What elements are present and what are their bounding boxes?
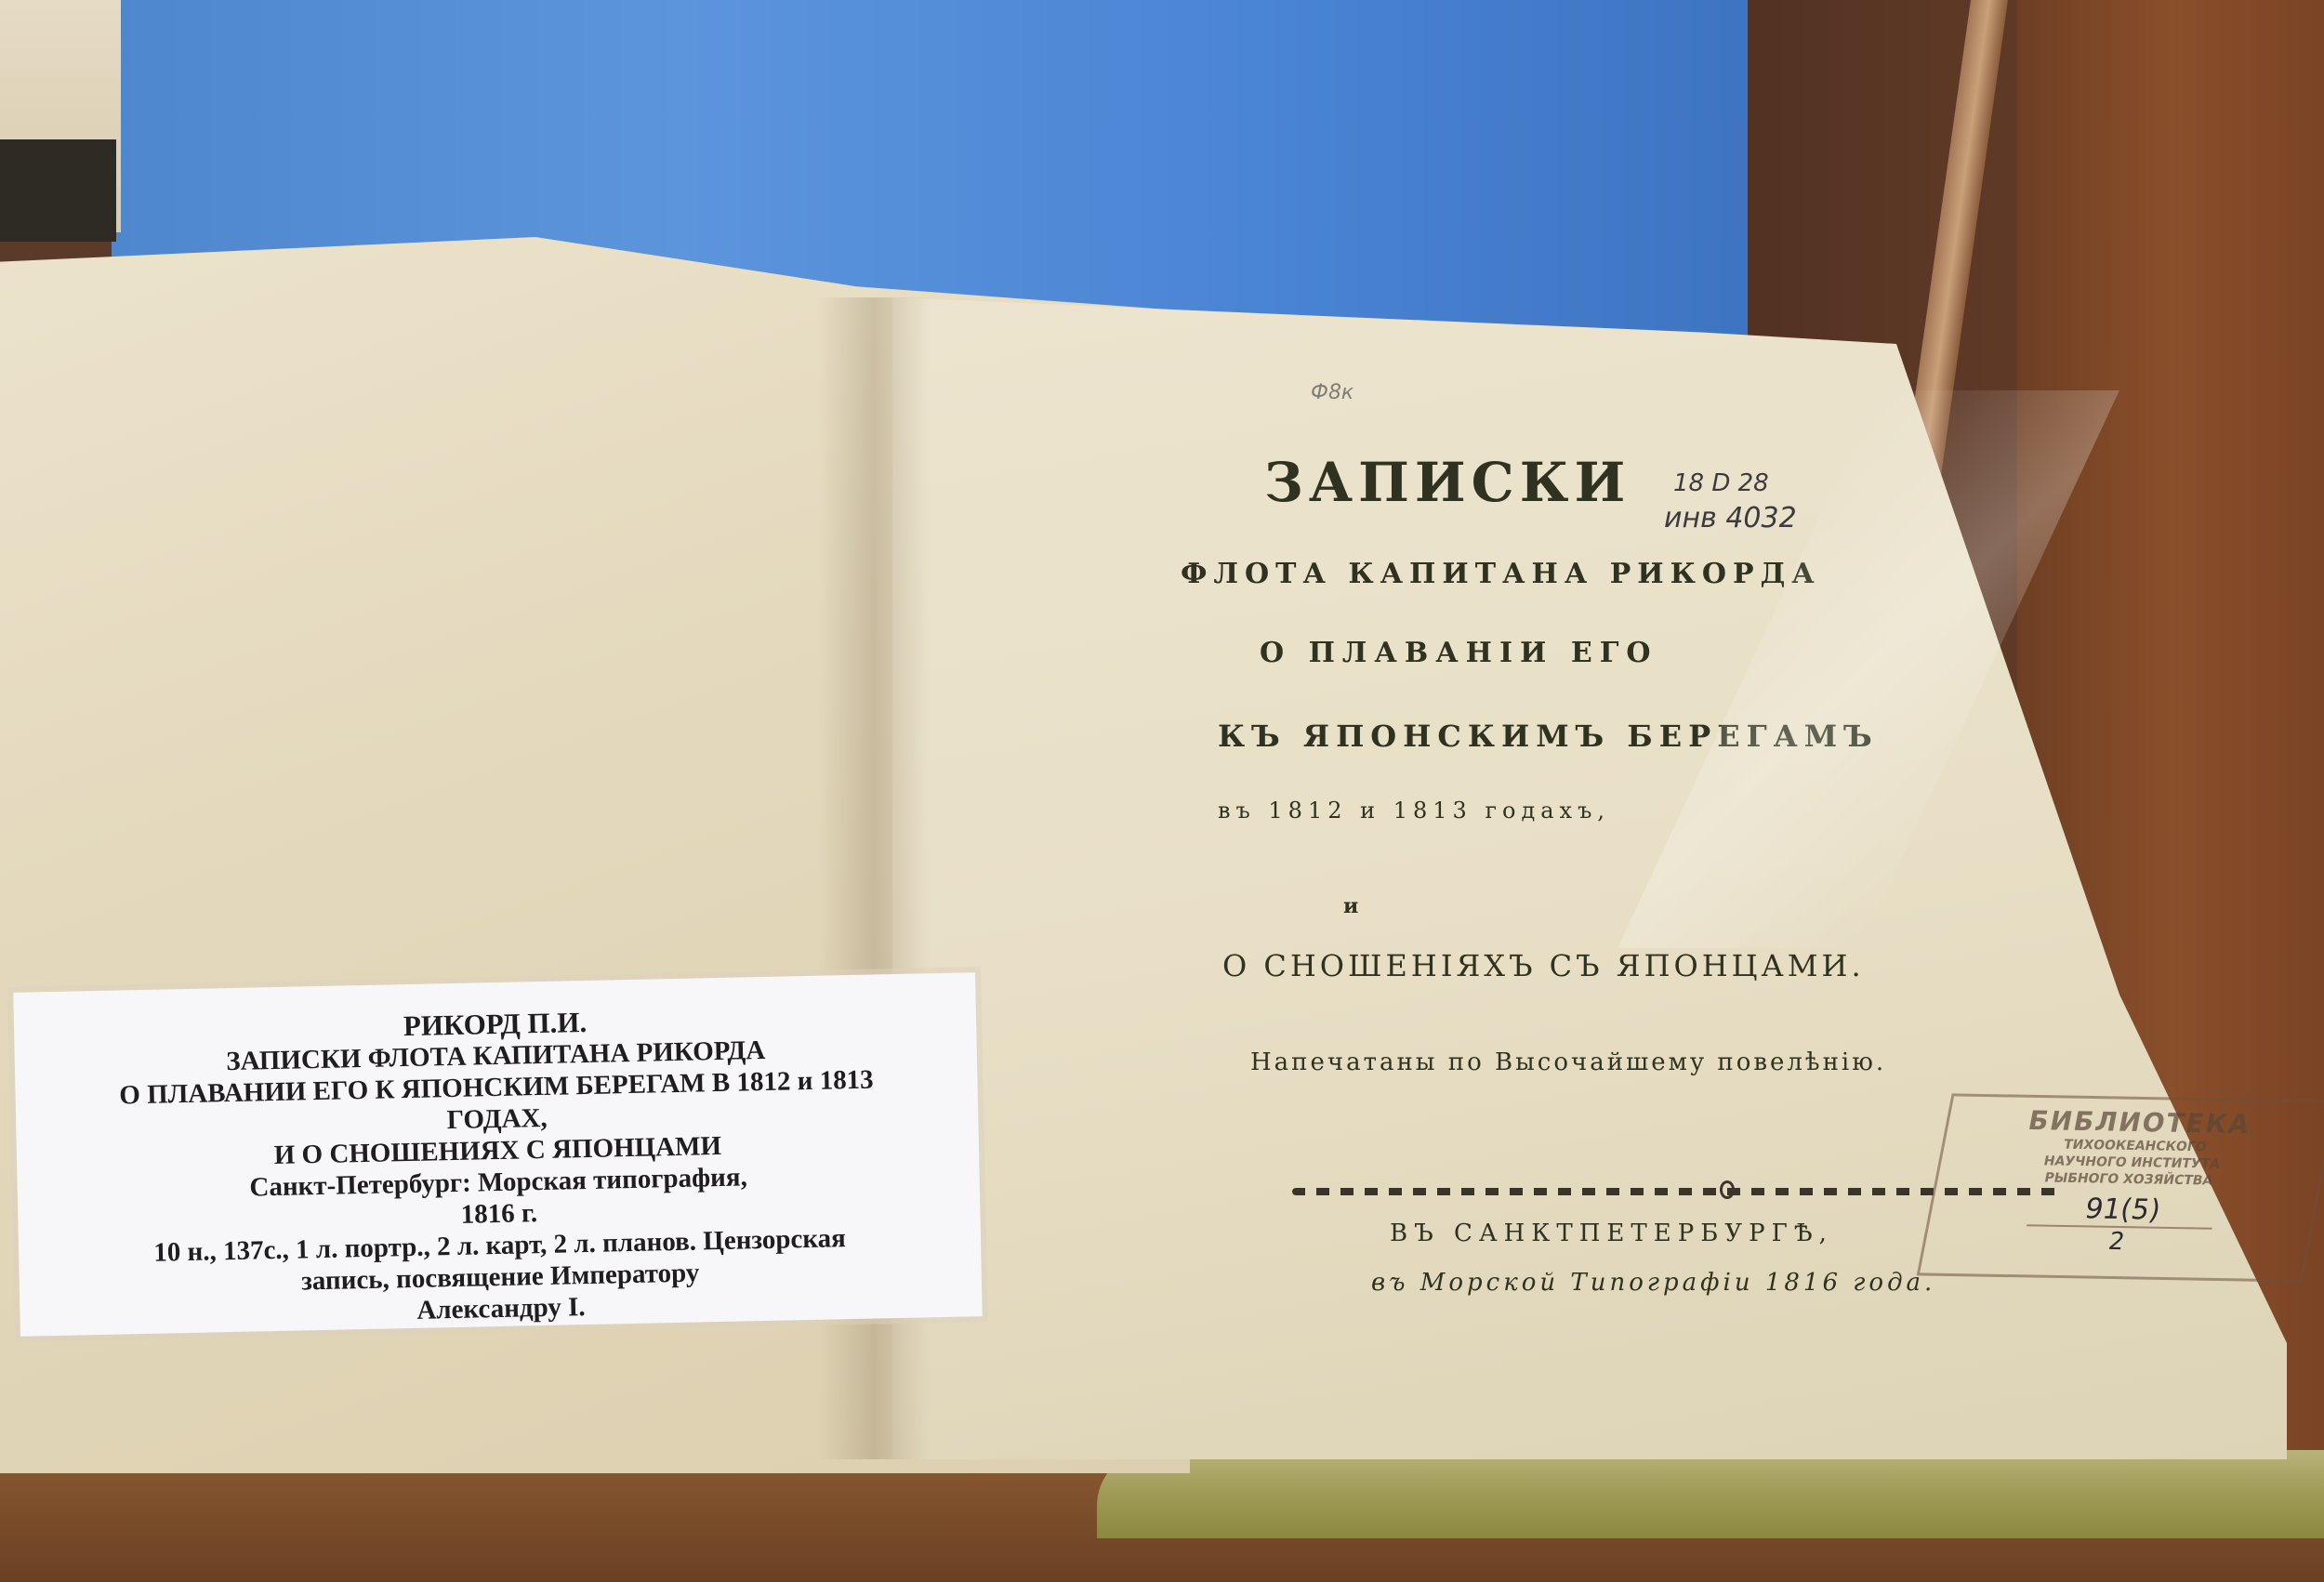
exhibit-label: РИКОРД П.И. ЗАПИСКИ ФЛОТА КАПИТАНА РИКОР… xyxy=(13,972,983,1337)
imprint-city: ВЪ САНКТПЕТЕРБУРГѢ, xyxy=(1390,1219,1833,1247)
title-line-5: въ 1812 и 1813 годахъ, xyxy=(1218,798,1610,824)
museum-display-photo: ЗАПИСКИ ФЛОТА КАПИТАНА РИКОРДА О ПЛАВАНІ… xyxy=(0,0,2324,1582)
title-line-2: ФЛОТА КАПИТАНА РИКОРДА xyxy=(1181,558,1821,590)
library-stamp: БИБЛИОТЕКА ТИХООКЕАНСКОГО НАУЧНОГО ИНСТИ… xyxy=(1917,1093,2324,1282)
handwritten-inventory-number: инв 4032 xyxy=(1664,502,1797,534)
book-title: ЗАПИСКИ xyxy=(1264,451,1631,514)
shelf-mark-numerator: 91(5) xyxy=(2027,1192,2219,1229)
imprint-press: въ Морской Типографіи 1816 года. xyxy=(1371,1269,1935,1297)
title-line-3: О ПЛАВАНІИ ЕГО xyxy=(1260,637,1658,669)
page-edges xyxy=(1097,1450,2324,1538)
handwritten-call-number: 18 D 28 xyxy=(1673,469,1769,497)
handwritten-top-mark: Ф8к xyxy=(1311,381,1353,404)
adjacent-book-spine xyxy=(0,139,116,242)
imprint-note: Напечатаны по Высочайшему повелѣнію. xyxy=(1250,1048,1886,1076)
title-line-6: О СНОШЕНІЯХЪ СЪ ЯПОНЦАМИ. xyxy=(1222,948,1865,983)
title-conjunction: и xyxy=(1343,894,1358,918)
divider-ornament xyxy=(1720,1180,1735,1199)
shelf-mark-denominator: 2 xyxy=(1924,1224,2309,1259)
